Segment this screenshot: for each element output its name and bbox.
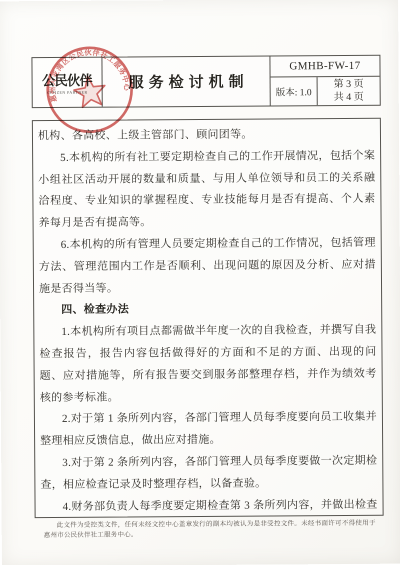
- controlled-document-notice: 此文件为受控类文件，任何未经文控中心盖章发行的副本均被认为是非受控文件。未经书面…: [44, 519, 376, 540]
- body-paragraph: 6.本机构的所有管理人员要定期检查自己的工作情况，包括管理方法、管理范围内工作是…: [39, 233, 376, 301]
- document-number: GMHB-FW-17: [270, 56, 379, 78]
- document-version: 版本: 1.0: [271, 77, 318, 105]
- page-number: 第 3 页: [334, 78, 364, 91]
- body-paragraph: 四、检查办法: [39, 298, 376, 322]
- document-meta: GMHB-FW-17 版本: 1.0 第 3 页 共 4 页: [269, 56, 379, 106]
- scanned-document-page: 公民伙伴 CITIZEN PARTNER 服务检讨机制 GMHB-FW-17 版…: [0, 0, 400, 565]
- document-body: 机构、各高校、上级主管部门、顾问团等。5.本机构的所有社工要定期检查自己的工作开…: [32, 118, 384, 518]
- body-paragraph: 机构、各高校、上级主管部门、顾问团等。: [38, 124, 375, 148]
- document-title: 服务检讨机制: [102, 57, 269, 107]
- org-logo-subtitle: CITIZEN PARTNER: [47, 90, 87, 95]
- org-logo-text: 公民伙伴: [42, 69, 92, 89]
- body-paragraph: 3.对于第 2 条所列内容，各部门管理人员每季度要做一次定期检查，相应检查记录及…: [40, 451, 377, 497]
- body-paragraph: 1.本机构所有项目点都需做半年度一次的自我检查，并撰写自我检查报告，报告内容包括…: [39, 320, 377, 410]
- body-paragraph: 4.财务部负责人每季度要定期检查第 3 条所列内容，并做出检查报告，以备检查存档…: [40, 494, 377, 518]
- document-meta-row: 版本: 1.0 第 3 页 共 4 页: [271, 77, 380, 106]
- document-page-info: 第 3 页 共 4 页: [318, 77, 380, 105]
- body-paragraph: 5.本机构的所有社工要定期检查自己的工作开展情况，包括个案小组社区活动开展的数量…: [38, 146, 376, 236]
- page-total: 共 4 页: [334, 91, 364, 104]
- body-paragraph: 2.对于第 1 条所列内容，各部门管理人员每季度要向员工收集并整理相应反馈信息，…: [40, 407, 377, 453]
- document-header: 公民伙伴 CITIZEN PARTNER 服务检讨机制 GMHB-FW-17 版…: [31, 55, 380, 108]
- org-logo: 公民伙伴 CITIZEN PARTNER: [32, 58, 102, 107]
